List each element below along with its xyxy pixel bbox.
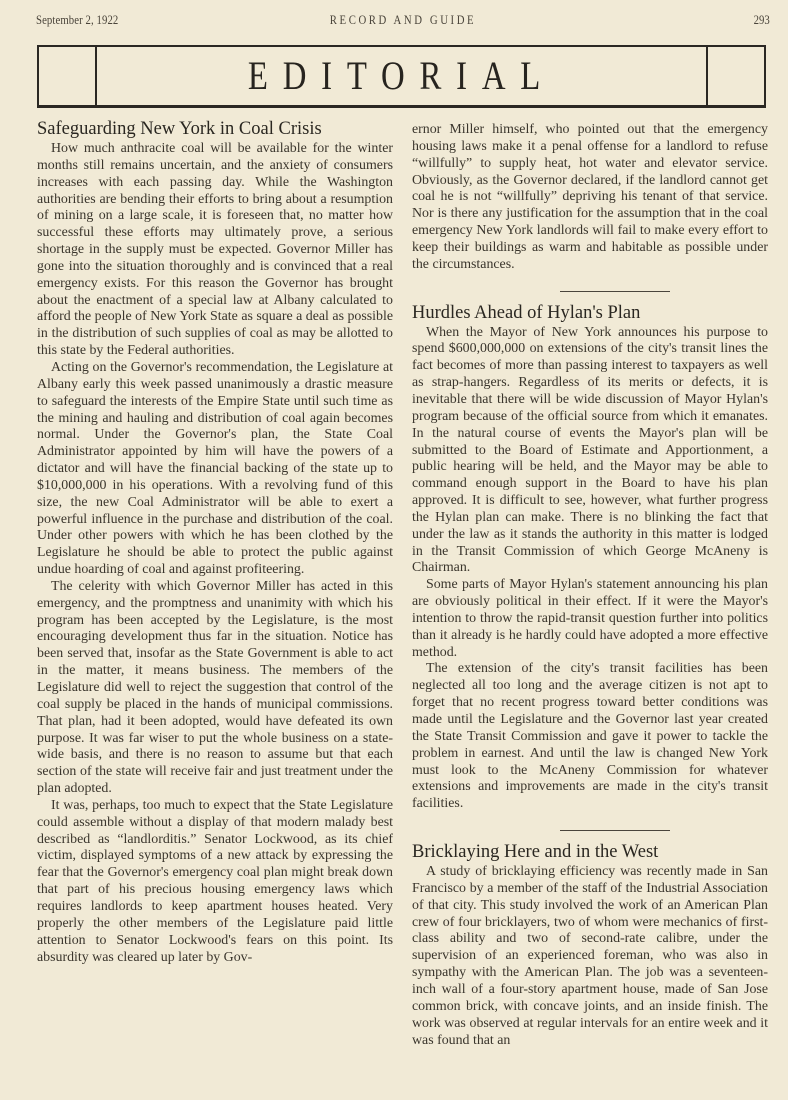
article-paragraph: Some parts of Mayor Hylan's statement an…: [412, 577, 768, 661]
article-hylan-plan: Hurdles Ahead of Hylan's Plan When the M…: [412, 302, 768, 813]
article-headline: Bricklaying Here and in the West: [412, 841, 768, 863]
section-banner: EDITORIAL: [37, 45, 766, 108]
article-paragraph: Acting on the Governor's recommendation,…: [37, 360, 393, 579]
banner-left-box: [39, 47, 97, 105]
running-header: September 2, 1922 RECORD AND GUIDE 293: [36, 13, 770, 29]
publication-name: RECORD AND GUIDE: [87, 13, 718, 28]
article-paragraph: The celerity with which Governor Miller …: [37, 579, 393, 798]
article-paragraph: How much anthracite coal will be availab…: [37, 141, 393, 360]
article-bricklaying: Bricklaying Here and in the West A study…: [412, 841, 768, 1049]
article-paragraph: The extension of the city's transit faci…: [412, 661, 768, 813]
article-paragraph: It was, perhaps, too much to expect that…: [37, 798, 393, 966]
article-coal-crisis: Safeguarding New York in Coal Crisis How…: [37, 118, 393, 966]
right-column: ernor Miller himself, who pointed out th…: [412, 122, 768, 1049]
article-headline: Hurdles Ahead of Hylan's Plan: [412, 302, 768, 324]
left-column: Safeguarding New York in Coal Crisis How…: [37, 118, 393, 966]
section-divider: [560, 830, 670, 831]
article-paragraph: A study of bricklaying efficiency was re…: [412, 864, 768, 1049]
article-headline: Safeguarding New York in Coal Crisis: [37, 118, 393, 140]
page-number: 293: [754, 13, 770, 28]
section-title: EDITORIAL: [152, 51, 651, 101]
article-continuation: ernor Miller himself, who pointed out th…: [412, 122, 768, 274]
banner-right-box: [706, 47, 764, 105]
section-divider: [560, 291, 670, 292]
article-paragraph: When the Mayor of New York announces his…: [412, 325, 768, 578]
